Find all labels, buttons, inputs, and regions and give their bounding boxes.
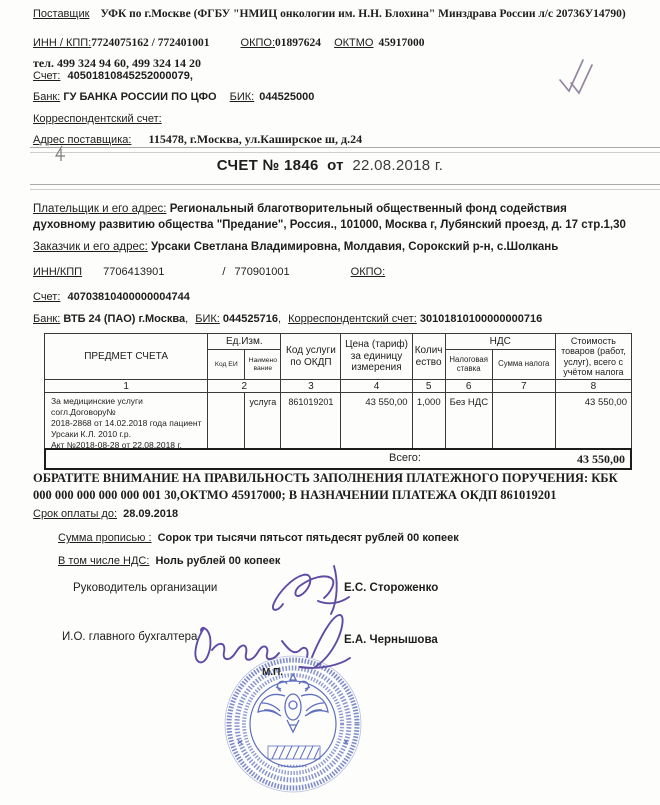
row-price: 43 550,00 — [341, 393, 412, 454]
invoice-ot: от — [327, 157, 344, 174]
signature-role-accountant: И.О. главного бухгалтера — [62, 631, 197, 643]
vat-words-value: Ноль рублей 00 копеек — [155, 555, 280, 567]
col-num-3: 3 — [281, 380, 341, 393]
supplier-bank-label: Банк: — [33, 91, 60, 103]
payer-account-label: Счет: — [33, 291, 60, 303]
invoice-document: Поставщик УФК по г.Москве (ФГБУ "НМИЦ он… — [0, 0, 660, 805]
supplier-inn-value: 7724075162 / 772401001 — [91, 37, 209, 49]
col-num-1: 1 — [45, 380, 208, 393]
supplier-oktmo-label: ОКТМО — [334, 37, 373, 49]
supplier-bik-label: БИК: — [230, 91, 255, 103]
amount-words-line: Сумма прописью : Сорок три тысячи пятьсо… — [58, 532, 459, 544]
supplier-account-line: Счет: 40501810845252000079, — [33, 70, 193, 82]
col-num-7: 7 — [492, 380, 555, 393]
supplier-okpo-label: ОКПО: — [241, 37, 275, 49]
payer-okpo-label: ОКПО: — [351, 266, 385, 278]
payer-line: Плательщик и его адрес: Региональный бла… — [33, 202, 629, 233]
supplier-inn-label: ИНН / КПП: — [33, 37, 91, 49]
col-header-unit: Ед.Изм. — [208, 334, 281, 350]
payer-bik-label: БИК: — [195, 313, 220, 325]
supplier-account-value: 40501810845252000079, — [67, 70, 192, 82]
total-label: Всего: — [389, 452, 421, 464]
row-unit-code — [208, 393, 245, 454]
col-header-vat: НДС — [445, 334, 555, 350]
payer-inn-line: ИНН/КПП 7706413901 / 770901001 ОКПО: — [33, 266, 385, 278]
invoice-number: СЧЕТ № 1846 — [217, 157, 319, 174]
col-header-total: Стоимость товаров (работ, услуг), всего … — [555, 334, 631, 380]
supplier-value: УФК по г.Москве (ФГБУ "НМИЦ онкологии им… — [100, 8, 625, 20]
payer-corr-label: Корреспондентский счет: — [288, 313, 417, 325]
payer-bank-value: ВТБ 24 (ПАО) г.Москва — [63, 313, 185, 325]
col-header-unit-code: Код ЕИ — [208, 350, 245, 380]
supplier-okpo-value: 01897624 — [275, 37, 321, 49]
payer-kpp-value: 770901001 — [235, 266, 290, 278]
total-row: Всего: 43 550,00 — [44, 448, 632, 470]
col-header-vat-rate: Налоговая ставка — [445, 350, 492, 380]
comma: , — [278, 313, 281, 325]
payer-account-value: 40703810400000004744 — [67, 291, 189, 303]
comma: , — [185, 313, 188, 325]
col-num-5: 5 — [412, 380, 445, 393]
total-value: 43 550,00 — [577, 452, 625, 467]
row-subject: За медицинские услуги согл.Договору№ 201… — [45, 393, 208, 454]
col-num-6: 6 — [445, 380, 492, 393]
col-header-price: Цена (тариф) за единицу измерения — [341, 334, 412, 380]
col-num-8: 8 — [555, 380, 631, 393]
payer-inn-slash: / — [222, 266, 225, 278]
signature-director-ink — [273, 566, 349, 614]
payer-label: Плательщик и его адрес: — [33, 203, 166, 215]
supplier-line: Поставщик УФК по г.Москве (ФГБУ "НМИЦ он… — [33, 8, 646, 20]
items-table: ПРЕДМЕТ СЧЕТА Ед.Изм. Код услуги по ОКДП… — [44, 333, 632, 454]
payer-account-line: Счет: 40703810400000004744 — [33, 291, 190, 303]
supplier-address-value: 115478, г.Москва, ул.Каширское ш, д.24 — [148, 132, 362, 146]
supplier-corr-label: Корреспондентский счет: — [33, 113, 162, 125]
supplier-address-line: Адрес поставщика: 115478, г.Москва, ул.К… — [33, 132, 362, 147]
due-value: 28.09.2018 — [123, 508, 178, 520]
row-qty: 1,000 — [412, 393, 445, 454]
payer-bank-line: Банк: ВТБ 24 (ПАО) г.Москва, БИК: 044525… — [33, 313, 542, 325]
supplier-bik-value: 044525000 — [259, 91, 314, 103]
supplier-phone: тел. 499 324 94 60, 499 324 14 20 — [33, 56, 201, 71]
row-total: 43 550,00 — [555, 393, 631, 454]
supplier-address-label: Адрес поставщика: — [33, 134, 131, 146]
col-header-subject: ПРЕДМЕТ СЧЕТА — [45, 334, 208, 380]
supplier-label: Поставщик — [33, 8, 89, 20]
vat-words-line: В том числе НДС: Ноль рублей 00 копеек — [58, 555, 280, 567]
row-unit-name: услуга — [245, 393, 281, 454]
stamp-mp-label: М.П. — [262, 667, 283, 678]
col-header-unit-name: Наименование — [245, 350, 281, 380]
row-vat-sum — [492, 393, 555, 454]
payer-inn-value: 7706413901 — [103, 266, 164, 278]
signature-name-director: Е.С. Стороженко — [344, 582, 438, 594]
signature-name-accountant: Е.А. Чернышова — [344, 634, 438, 646]
payer-corr-value: 30101810100000000716 — [420, 313, 542, 325]
customer-line: Заказчик и его адрес: Урсаки Светлана Вл… — [33, 241, 629, 253]
col-header-qty: Количество — [412, 334, 445, 380]
organization-stamp — [208, 652, 378, 804]
supplier-bank-line: Банк: ГУ БАНКА РОССИИ ПО ЦФО БИК: 044525… — [33, 91, 314, 103]
table-row: За медицинские услуги согл.Договору№ 201… — [45, 393, 632, 454]
col-header-okdp: Код услуги по ОКДП — [281, 334, 341, 380]
payer-inn-label: ИНН/КПП — [33, 266, 82, 278]
due-line: Срок оплаты до: 28.09.2018 — [33, 508, 178, 520]
invoice-title: СЧЕТ № 1846 от 22.08.2018 г. — [0, 157, 660, 174]
stamp-hatched-block — [268, 746, 320, 759]
divider-below-title — [30, 184, 660, 190]
supplier-bank-value: ГУ БАНКА РОССИИ ПО ЦФО — [63, 91, 216, 103]
payer-bik-value: 044525716 — [223, 313, 278, 325]
customer-value: Урсаки Светлана Владимировна, Молдавия, … — [151, 241, 558, 253]
amount-words-label: Сумма прописью : — [58, 532, 152, 544]
customer-label: Заказчик и его адрес: — [33, 241, 148, 253]
supplier-oktmo-value: 45917000 — [379, 37, 425, 49]
supplier-account-label: Счет: — [33, 70, 60, 82]
row-okdp: 861019201 — [281, 393, 341, 454]
supplier-inn-line: ИНН / КПП:7724075162 / 772401001 ОКПО:01… — [33, 37, 425, 49]
stamp-microtext-ring-outer — [229, 660, 357, 788]
amount-words-value: Сорок три тысячи пятьсот пятьдесят рубле… — [158, 532, 459, 544]
divider-top — [30, 147, 660, 153]
signature-role-director: Руководитель организации — [73, 582, 217, 594]
handwritten-checkmark-icon — [560, 60, 592, 93]
row-vat-rate: Без НДС — [445, 393, 492, 454]
col-num-4: 4 — [341, 380, 412, 393]
payment-notice: ОБРАТИТЕ ВНИМАНИЕ НА ПРАВИЛЬНОСТЬ ЗАПОЛН… — [33, 470, 630, 503]
stamp-microtext-ring-middle — [237, 668, 349, 780]
vat-words-label: В том числе НДС: — [58, 555, 149, 567]
invoice-date: 22.08.2018 г. — [352, 157, 443, 174]
col-num-2: 2 — [208, 380, 281, 393]
payer-bank-label: Банк: — [33, 313, 60, 325]
due-label: Срок оплаты до: — [33, 508, 117, 520]
col-header-vat-sum: Сумма налога — [492, 350, 555, 380]
